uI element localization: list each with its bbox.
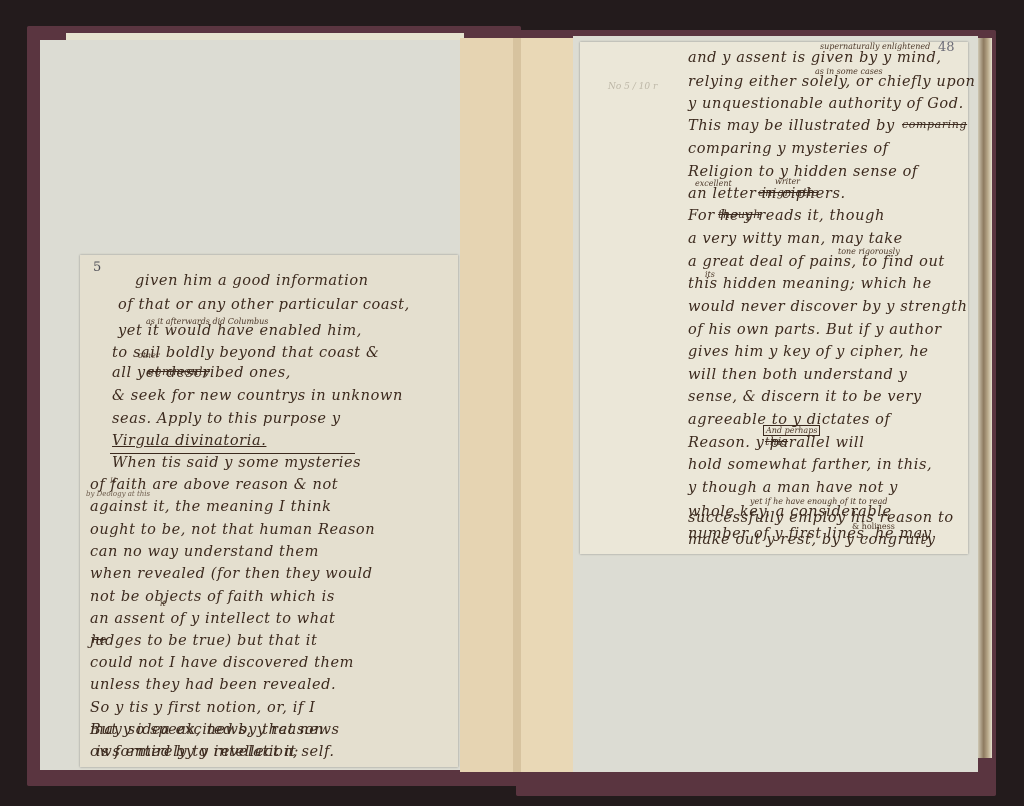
text-line: & seek for new countrys in unknown [112,388,403,404]
text-line: will then both understand y [688,367,907,383]
struck-word: commonly [148,365,210,378]
gutter [513,38,521,772]
interlinear-note: writer [775,177,800,186]
text-line: y unquestionable authority of God. [688,96,964,112]
text-line: But y idea excited by that news [90,722,340,738]
text-line: to sail boldly beyond that coast & [112,345,379,361]
interlinear-note: & holiness [852,522,895,531]
text-line: unless they had been revealed. [90,677,336,693]
struck-word: he [92,633,107,646]
manuscript-leaf-right: No 5 / 10 r 48 supernaturally enlightene… [580,42,968,554]
text-line: hold somewhat farther, in this, [688,457,932,473]
struck-word: this [765,435,788,448]
page-edges [978,38,992,758]
struck-word: enigmatic [758,186,819,199]
text-line: make out y rest, by y congruity [688,532,936,548]
text-line: seas. Apply to this purpose y [112,411,341,427]
text-line: against it, the meaning I think [90,499,332,515]
text-line: relying either solely, or chiefly upon [688,74,975,90]
manuscript-leaf-left: 5 H by Deology at this as it afterwards … [80,255,458,767]
section-rule [110,453,355,454]
text-line: comparing y mysteries of [688,141,889,157]
text-line: given him a good information [135,273,369,289]
folio-number: 5 [93,260,101,275]
text-line: y though a man have not y [688,480,898,496]
text-line: sense, & discern it to be very [688,389,922,405]
text-line: not be objects of faith which is [90,589,335,605]
text-line: judges to be true) but that it [90,633,317,649]
text-line: an assent of y intellect to what [90,611,335,627]
text-line: ought to be, not that human Reason [90,522,375,538]
text-line: When tis said y some mysteries [112,455,361,471]
text-line: can no way understand them [90,544,319,560]
guard-strip-right [521,38,573,772]
text-line: of faith are above reason & not [90,477,338,493]
text-line: of his own parts. But if y author [688,322,942,338]
text-line: So y tis y first notion, or, if I [90,700,315,716]
text-line-heading: Virgula divinatoria. [112,433,266,449]
text-line: gives him y key of y cipher, he [688,344,929,360]
text-line: this hidden meaning; which he [688,276,932,292]
pencil-note: No 5 / 10 r [608,82,657,92]
text-line: of that or any other particular coast, [118,297,410,313]
text-line: could not I have discovered them [90,655,354,671]
struck-word: though [718,208,761,221]
text-line: a great deal of pains, to find out [688,254,945,270]
text-line: yet it would have enabled him, [118,323,362,339]
text-line: and y assent is given by y mind, [688,50,942,66]
guard-strip-left [460,38,513,772]
struck-word: comparing [902,118,967,131]
leaf-bottom-edge [90,766,450,767]
text-line: a very witty man, may take [688,231,903,247]
text-line: would never discover by y strength [688,299,968,315]
text-line: successfully employ his reason to [688,510,954,526]
text-line: when revealed (for then they would [90,566,373,582]
text-line: This may be illustrated by [688,118,895,134]
text-line: Religion to y hidden sense of [688,164,918,180]
text-line: is formed by y intellect it self. [96,744,335,760]
